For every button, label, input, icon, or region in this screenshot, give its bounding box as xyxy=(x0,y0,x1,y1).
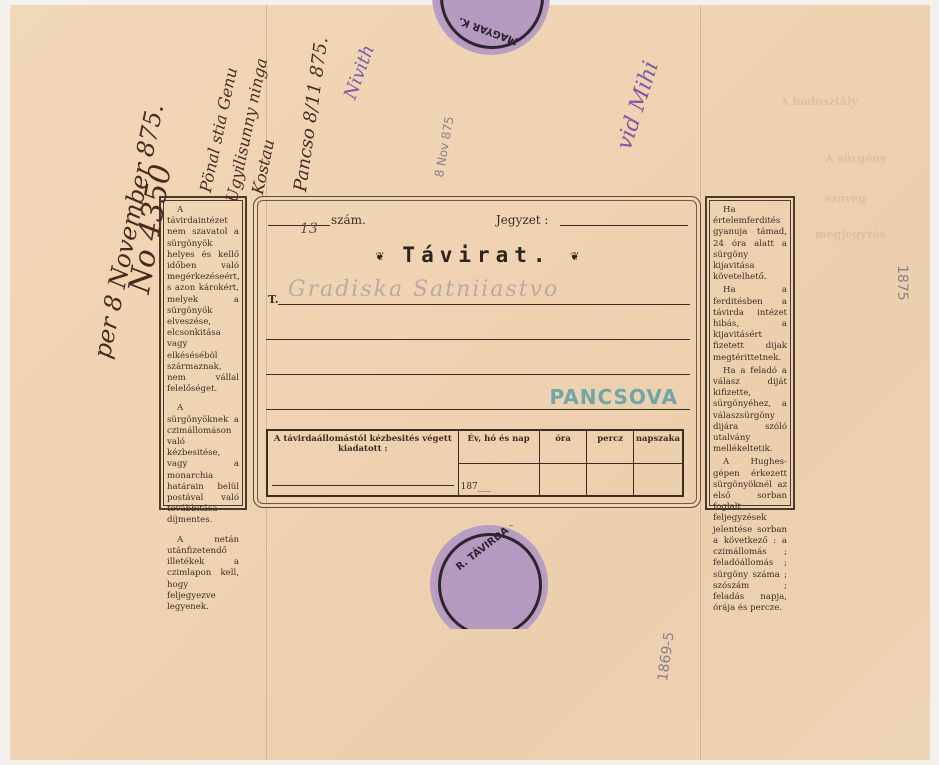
ornament-icon: ❦ xyxy=(375,248,383,264)
show-through-text: megjegyzés xyxy=(815,228,886,241)
period-field[interactable] xyxy=(633,463,683,496)
number-label: szám. xyxy=(331,213,366,227)
station-stamp: PANCSOVA xyxy=(549,385,678,409)
notice-paragraph: A távirdaintézet nem szavatol a sürgönyö… xyxy=(167,205,239,395)
address-line[interactable] xyxy=(266,374,690,375)
show-through-text: A hadosztály xyxy=(780,95,858,108)
notice-paragraph: Ha a ferditésben a távirda intézet hibás… xyxy=(713,285,787,363)
form-title-row: ❦ Távirat. ❦ xyxy=(254,243,700,267)
notice-paragraph: Ha a feladó a válasz diját kifizette, sü… xyxy=(713,366,787,456)
header-date: Év, hó és nap xyxy=(458,430,539,463)
header-hour: óra xyxy=(539,430,587,463)
date-field[interactable]: 187___ xyxy=(458,463,539,496)
hour-field[interactable] xyxy=(539,463,587,496)
wax-seal-bottom: R. TÁVIRDA * xyxy=(430,525,548,643)
issued-label: A távirdaállomástól kézbesités végett ki… xyxy=(274,434,452,454)
pencil-year: 1875 xyxy=(894,265,910,301)
note-field[interactable] xyxy=(560,225,688,226)
left-notice-box: A távirdaintézet nem szavatol a sürgönyö… xyxy=(159,196,247,510)
notice-paragraph: A Hughes-gépen érkezett sürgönyöknél az … xyxy=(713,457,787,614)
right-notice-box: Ha értelemferdités gyanuja támad, 24 óra… xyxy=(705,196,795,510)
telegram-form: 13 szám. Jegyzet : ❦ Távirat. ❦ T. Gradi… xyxy=(253,196,701,508)
header-period: napszaka xyxy=(633,430,683,463)
delivery-table: A távirdaállomástól kézbesités végett ki… xyxy=(266,429,684,497)
form-title: Távirat. xyxy=(402,243,551,267)
address-line[interactable] xyxy=(278,304,690,305)
ornament-icon: ❦ xyxy=(570,248,578,264)
issued-field[interactable] xyxy=(272,485,454,486)
issued-cell: A távirdaállomástól kézbesités végett ki… xyxy=(267,430,458,496)
address-line[interactable] xyxy=(266,339,690,340)
form-header-row: 13 szám. Jegyzet : xyxy=(268,211,688,229)
recipient-handwritten: Gradiska Satniiastvo xyxy=(288,277,559,302)
show-through-text: szöveg xyxy=(825,192,866,205)
notice-paragraph: A netán utánfizetendő illetékek a czimla… xyxy=(167,535,239,613)
show-through-text: A sürgöny xyxy=(825,152,887,165)
notice-paragraph: A sürgönyöknek a czimállomáson való kézb… xyxy=(167,403,239,526)
minute-field[interactable] xyxy=(587,463,633,496)
address-line[interactable] xyxy=(266,409,690,410)
number-field[interactable]: 13 xyxy=(268,225,330,226)
number-value: 13 xyxy=(300,221,318,237)
header-minute: percz xyxy=(587,430,633,463)
year-prefix: 187 xyxy=(461,482,478,492)
notice-paragraph: Ha értelemferdités gyanuja támad, 24 óra… xyxy=(713,205,787,283)
note-label: Jegyzet : xyxy=(496,213,548,227)
